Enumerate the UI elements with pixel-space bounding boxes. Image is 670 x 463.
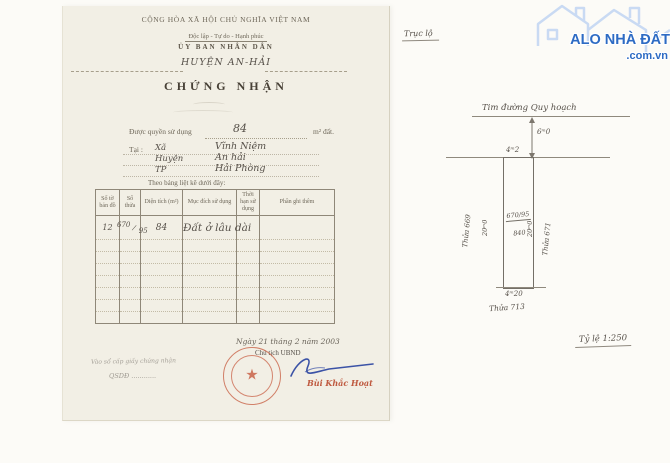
col-plot-number: Số thửa xyxy=(120,190,141,216)
national-motto-line2: Độc lập - Tự do - Hạnh phúc xyxy=(185,33,266,42)
table-empty-cell xyxy=(183,288,237,300)
location-key-commune: Xã xyxy=(155,143,166,153)
location-key-district: Huyện xyxy=(155,154,183,164)
document-title: CHỨNG NHẬN xyxy=(63,79,389,94)
table-empty-cell xyxy=(183,240,237,252)
sketch-corner-note: Trục lộ xyxy=(402,29,439,42)
left-neighbor-label: Thửa 669 xyxy=(461,214,472,248)
table-empty-cell xyxy=(183,276,237,288)
table-empty-cell xyxy=(183,312,237,324)
registry-note-line2: QSDĐ ............ xyxy=(109,372,156,380)
table-empty-cell xyxy=(237,288,260,300)
table-empty-cell xyxy=(183,252,237,264)
table-empty-cell xyxy=(141,252,183,264)
table-empty-cell xyxy=(237,264,260,276)
table-empty-cell xyxy=(141,300,183,312)
table-empty-cell xyxy=(96,276,120,288)
plot-number-top: 670 xyxy=(117,221,130,229)
divider-dash-right xyxy=(265,71,347,72)
cell-plot-number: 670/95 xyxy=(120,216,141,240)
setback-arrow-icon xyxy=(526,117,538,159)
col-notes: Phần ghi thêm xyxy=(260,190,335,216)
location-value-district: An hải xyxy=(215,152,246,163)
watermark-brand-text: ALO NHÀ ĐẤT xyxy=(570,32,670,48)
land-parcel-table: Số tờ bản đồ Số thửa Diện tích (m²) Mục … xyxy=(95,189,335,324)
table-empty-cell xyxy=(96,288,120,300)
location-key-city: TP xyxy=(155,165,166,175)
table-empty-cell xyxy=(96,264,120,276)
table-empty-cell xyxy=(237,240,260,252)
table-header-row: Số tờ bản đồ Số thửa Diện tích (m²) Mục … xyxy=(96,190,335,216)
usage-dotted-line xyxy=(205,137,307,139)
table-empty-cell xyxy=(260,288,335,300)
table-empty-cell xyxy=(120,252,141,264)
usage-prefix: Được quyền sử dụng xyxy=(129,127,192,136)
table-empty-cell xyxy=(183,300,237,312)
cell-notes xyxy=(260,216,335,240)
plot-number-slash: / xyxy=(132,223,136,231)
watermark-domain-text: .com.vn xyxy=(626,50,668,62)
front-dimension: 4ᵐ2 xyxy=(506,146,519,154)
road-centerline xyxy=(472,116,630,117)
table-empty-cell xyxy=(120,312,141,324)
table-empty-cell xyxy=(141,264,183,276)
table-empty-cell xyxy=(237,300,260,312)
road-centerline-label: Tim đường Quy hoạch xyxy=(482,103,577,113)
usage-suffix: m² đất. xyxy=(313,127,334,136)
table-empty-cell xyxy=(141,312,183,324)
table-empty-cell xyxy=(96,240,120,252)
table-empty-cell xyxy=(120,288,141,300)
scanned-certificate-photo: 23 CỘNG HÒA XÃ HỘI CHỦ NGHĨA VIỆT NAM Độ… xyxy=(0,0,670,463)
plot-number-bottom: 95 xyxy=(139,227,148,235)
certificate-page: CỘNG HÒA XÃ HỘI CHỦ NGHĨA VIỆT NAM Độc l… xyxy=(62,6,390,421)
national-motto-line1: CỘNG HÒA XÃ HỘI CHỦ NGHĨA VIỆT NAM xyxy=(63,15,389,24)
table-empty-row xyxy=(96,240,335,252)
rear-boundary-line xyxy=(496,287,546,288)
left-depth-dimension: 20ᵐ0 xyxy=(481,220,489,236)
rear-neighbor-label: Thửa 713 xyxy=(489,302,525,313)
rear-dimension: 4ᵐ20 xyxy=(505,290,523,298)
right-depth-dimension: 20ᵐ0 xyxy=(526,221,534,237)
table-empty-row xyxy=(96,312,335,324)
table-empty-cell xyxy=(260,240,335,252)
table-empty-cell xyxy=(141,288,183,300)
watermark-logo: ALO NHÀ ĐẤT .com.vn xyxy=(536,0,670,80)
cell-purpose: Đất ở lâu dài xyxy=(183,216,237,240)
location-dotted-line xyxy=(123,175,319,177)
table-empty-row xyxy=(96,264,335,276)
table-empty-cell xyxy=(120,300,141,312)
col-purpose: Mục đích sử dụng xyxy=(183,190,237,216)
table-empty-cell xyxy=(120,240,141,252)
table-empty-cell xyxy=(141,240,183,252)
table-empty-cell xyxy=(260,312,335,324)
setback-dimension: 6ᵐ0 xyxy=(537,128,550,136)
table-empty-cell xyxy=(260,276,335,288)
right-neighbor-label: Thửa 671 xyxy=(541,222,552,256)
table-empty-cell xyxy=(237,252,260,264)
divider-dash-left xyxy=(71,71,183,72)
table-empty-cell xyxy=(96,312,120,324)
table-empty-cell xyxy=(237,276,260,288)
date-line: Ngày 21 tháng 2 năm 2003 xyxy=(236,337,340,346)
table-empty-cell xyxy=(260,252,335,264)
table-empty-cell xyxy=(183,264,237,276)
table-empty-cell xyxy=(96,252,120,264)
table-empty-cell xyxy=(120,276,141,288)
location-value-commune: Vĩnh Niệm xyxy=(215,141,266,152)
table-empty-row xyxy=(96,252,335,264)
table-empty-cell xyxy=(260,300,335,312)
table-empty-row xyxy=(96,288,335,300)
area-value-handwritten: 84 xyxy=(233,122,247,135)
official-red-stamp: ★ xyxy=(223,347,281,405)
table-body: 12 670/95 84 Đất ở lâu dài xyxy=(96,216,335,324)
issuer-name: ỦY BAN NHÂN DÂN xyxy=(63,43,389,51)
table-empty-cell xyxy=(120,264,141,276)
scale-label: Tỷ lệ 1:250 xyxy=(575,333,632,348)
table-empty-cell xyxy=(237,312,260,324)
star-icon: ★ xyxy=(224,365,280,384)
cell-map-sheet: 12 xyxy=(96,216,120,240)
faint-handwriting-mark xyxy=(173,110,233,115)
signer-name-red: Bùi Khắc Hoạt xyxy=(307,378,373,388)
table-data-row: 12 670/95 84 Đất ở lâu dài xyxy=(96,216,335,240)
table-empty-row xyxy=(96,300,335,312)
issuer-district-handwritten: HUYỆN AN-HẢI xyxy=(63,57,389,68)
col-duration: Thời hạn sử dụng xyxy=(237,190,260,216)
faint-handwriting-mark xyxy=(193,102,225,107)
table-empty-cell xyxy=(141,276,183,288)
col-map-sheet: Số tờ bản đồ xyxy=(96,190,120,216)
plot-area-label: 840 xyxy=(513,228,526,237)
table-intro: Theo bảng liệt kê dưới đây: xyxy=(148,179,225,187)
location-value-city: Hải Phòng xyxy=(215,163,265,174)
table-empty-cell xyxy=(260,264,335,276)
registry-note-line1: Vào sổ cấp giấy chứng nhận xyxy=(91,357,176,365)
col-area: Diện tích (m²) xyxy=(141,190,183,216)
table-empty-row xyxy=(96,276,335,288)
table-empty-cell xyxy=(96,300,120,312)
